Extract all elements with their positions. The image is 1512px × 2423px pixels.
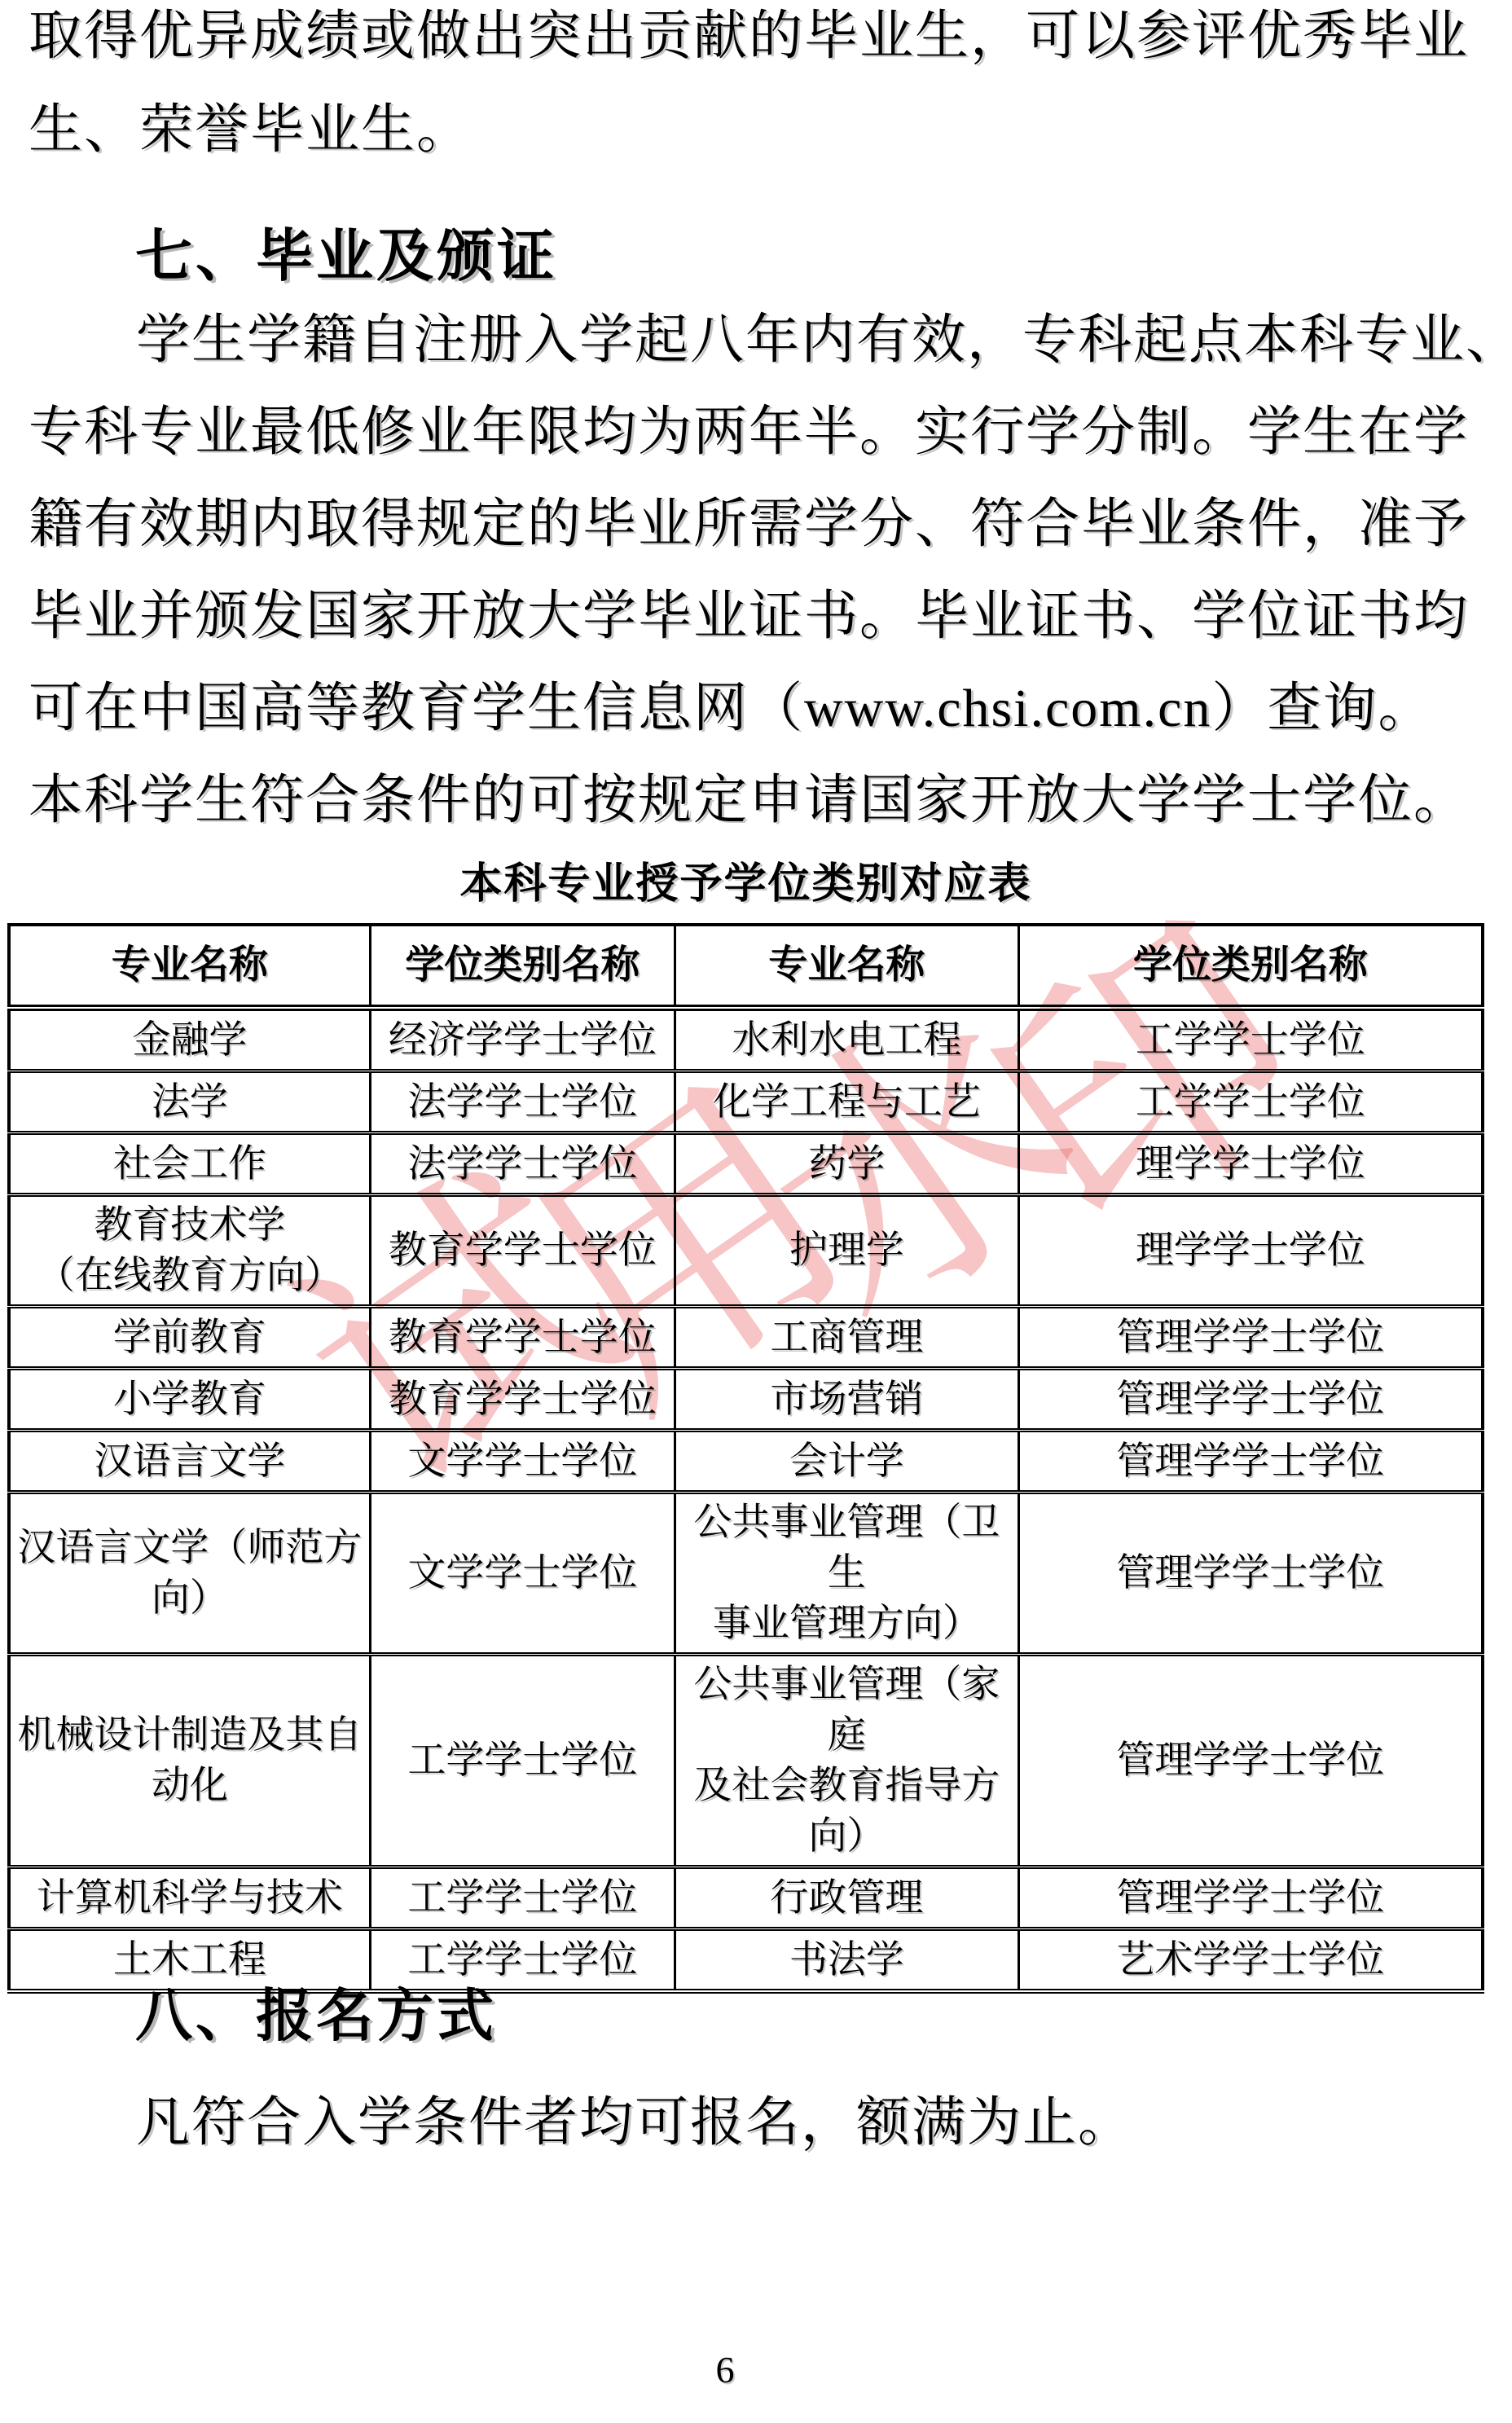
- table-cell: 金融学: [9, 1008, 370, 1071]
- table-cell: 市场营销: [675, 1369, 1018, 1431]
- table-cell: 教育学学士学位: [370, 1195, 675, 1307]
- table-cell: 学前教育: [9, 1307, 370, 1369]
- table-row: 汉语言文学（师范方 向）文学学士学位公共事业管理（卫生 事业管理方向）管理学学士…: [9, 1493, 1483, 1655]
- section-heading-8: 八、报名方式: [135, 1970, 497, 2052]
- table-cell: 经济学学士学位: [370, 1008, 675, 1071]
- table-cell: 文学学士学位: [370, 1493, 675, 1655]
- table-cell: 理学学士学位: [1018, 1133, 1483, 1195]
- table-row: 学前教育教育学学士学位工商管理管理学学士学位: [9, 1307, 1483, 1369]
- table-cell: 教育学学士学位: [370, 1369, 675, 1431]
- table-cell: 教育技术学 （在线教育方向）: [9, 1195, 370, 1307]
- section-heading-7: 七、毕业及颁证: [135, 210, 557, 292]
- table-cell: 小学教育: [9, 1369, 370, 1431]
- table-cell: 药学: [675, 1133, 1018, 1195]
- table-cell: 法学: [9, 1071, 370, 1133]
- table-cell: 工学学士学位: [1018, 1071, 1483, 1133]
- document-page: 取得优异成绩或做出突出贡献的毕业生，可以参评优秀毕业 生、荣誉毕业生。 七、毕业…: [0, 0, 1512, 2423]
- table-header-cell: 学位类别名称: [370, 925, 675, 1008]
- table-cell: 水利水电工程: [675, 1008, 1018, 1071]
- paragraph-line: 可在中国高等教育学生信息网（www.chsi.com.cn）查询。: [29, 676, 1484, 741]
- table-header-cell: 学位类别名称: [1018, 925, 1483, 1008]
- table-header-cell: 专业名称: [9, 925, 370, 1008]
- table-row: 计算机科学与技术工学学士学位行政管理管理学学士学位: [9, 1867, 1483, 1929]
- paragraph-line: 学生学籍自注册入学起八年内有效，专科起点本科专业、: [29, 308, 1484, 373]
- table-row: 社会工作法学学士学位药学理学学士学位: [9, 1133, 1483, 1195]
- table-cell: 管理学学士学位: [1018, 1307, 1483, 1369]
- table-cell: 法学学士学位: [370, 1071, 675, 1133]
- paragraph-line: 生、荣誉毕业生。: [29, 98, 1484, 163]
- table-row: 汉语言文学文学学士学位会计学管理学学士学位: [9, 1431, 1483, 1493]
- table-cell: 社会工作: [9, 1133, 370, 1195]
- table-cell: 工商管理: [675, 1307, 1018, 1369]
- table-cell: 公共事业管理（卫生 事业管理方向）: [675, 1493, 1018, 1655]
- table-cell: 行政管理: [675, 1867, 1018, 1929]
- table-cell: 公共事业管理（家庭 及社会教育指导方 向）: [675, 1655, 1018, 1867]
- table-row: 法学法学学士学位化学工程与工艺工学学士学位: [9, 1071, 1483, 1133]
- table-row: 金融学经济学学士学位水利水电工程工学学士学位: [9, 1008, 1483, 1071]
- table-cell: 工学学士学位: [370, 1655, 675, 1867]
- table-cell: 管理学学士学位: [1018, 1369, 1483, 1431]
- table-cell: 书法学: [675, 1929, 1018, 1992]
- table-cell: 管理学学士学位: [1018, 1493, 1483, 1655]
- table-cell: 理学学士学位: [1018, 1195, 1483, 1307]
- table-header-row: 专业名称 学位类别名称 专业名称 学位类别名称: [9, 925, 1483, 1008]
- table-cell: 法学学士学位: [370, 1133, 675, 1195]
- table-cell: 化学工程与工艺: [675, 1071, 1018, 1133]
- table-cell: 计算机科学与技术: [9, 1867, 370, 1929]
- paragraph-line: 本科学生符合条件的可按规定申请国家开放大学学士学位。: [29, 768, 1484, 833]
- table-cell: 管理学学士学位: [1018, 1867, 1483, 1929]
- table-cell: 艺术学学士学位: [1018, 1929, 1483, 1992]
- table-cell: 文学学士学位: [370, 1431, 675, 1493]
- paragraph-line: 毕业并颁发国家开放大学毕业证书。毕业证书、学位证书均: [29, 584, 1484, 649]
- page-number: 6: [0, 2348, 1450, 2391]
- table-row: 小学教育教育学学士学位市场营销管理学学士学位: [9, 1369, 1483, 1431]
- table-cell: 工学学士学位: [1018, 1008, 1483, 1071]
- table-row: 机械设计制造及其自 动化工学学士学位公共事业管理（家庭 及社会教育指导方 向）管…: [9, 1655, 1483, 1867]
- table-header-cell: 专业名称: [675, 925, 1018, 1008]
- paragraph-line: 专科专业最低修业年限均为两年半。实行学分制。学生在学: [29, 400, 1484, 465]
- degree-mapping-table: 专业名称 学位类别名称 专业名称 学位类别名称 金融学经济学学士学位水利水电工程…: [7, 923, 1484, 1994]
- paragraph-line: 凡符合入学条件者均可报名，额满为止。: [29, 2091, 1484, 2156]
- table-cell: 工学学士学位: [370, 1867, 675, 1929]
- table-title: 本科专业授予学位类别对应表: [7, 849, 1484, 910]
- table-row: 教育技术学 （在线教育方向）教育学学士学位护理学理学学士学位: [9, 1195, 1483, 1307]
- table-cell: 管理学学士学位: [1018, 1655, 1483, 1867]
- table-cell: 机械设计制造及其自 动化: [9, 1655, 370, 1867]
- table-cell: 汉语言文学（师范方 向）: [9, 1493, 370, 1655]
- table-cell: 会计学: [675, 1431, 1018, 1493]
- paragraph-line: 取得优异成绩或做出突出贡献的毕业生，可以参评优秀毕业: [29, 4, 1484, 69]
- paragraph-line: 籍有效期内取得规定的毕业所需学分、符合毕业条件，准予: [29, 492, 1484, 557]
- table-cell: 汉语言文学: [9, 1431, 370, 1493]
- table-cell: 护理学: [675, 1195, 1018, 1307]
- table-cell: 教育学学士学位: [370, 1307, 675, 1369]
- table-cell: 管理学学士学位: [1018, 1431, 1483, 1493]
